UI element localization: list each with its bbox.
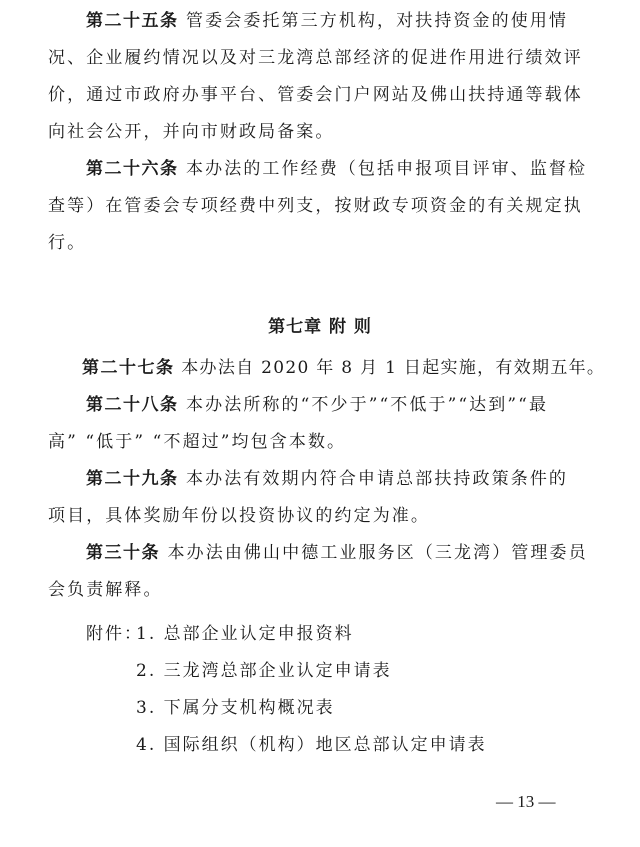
article-25-line-3: 价，通过市政府办事平台、管委会门户网站及佛山扶持通等载体 <box>48 84 583 106</box>
attachment-item-4: 4. 国际组织（机构）地区总部认定申请表 <box>136 734 487 756</box>
article-29-line-1: 第二十九条 本办法有效期内符合申请总部扶持政策条件的 <box>86 468 568 490</box>
article-26-line-1: 第二十六条 本办法的工作经费（包括申报项目评审、监督检 <box>86 158 587 180</box>
attachment-item-2: 2. 三龙湾总部企业认定申请表 <box>136 660 392 682</box>
article-29-text: 本办法有效期内符合申请总部扶持政策条件的 <box>186 469 568 489</box>
article-25-line-2: 况、企业履约情况以及对三龙湾总部经济的促进作用进行绩效评 <box>48 47 583 69</box>
article-28-title: 第二十八条 <box>86 395 179 415</box>
article-30-line-1: 第三十条 本办法由佛山中德工业服务区（三龙湾）管理委员 <box>86 542 588 564</box>
attachment-item-3: 3. 下属分支机构概况表 <box>136 697 335 719</box>
article-30-text: 本办法由佛山中德工业服务区（三龙湾）管理委员 <box>168 543 588 563</box>
page-number: — 13 — <box>496 791 556 813</box>
article-26-title: 第二十六条 <box>86 159 179 179</box>
article-25-line-1: 第二十五条 管委会委托第三方机构，对扶持资金的使用情 <box>86 10 568 32</box>
article-26-line-3: 行。 <box>48 232 86 254</box>
article-26-line-2: 查等）在管委会专项经费中列支，按财政专项资金的有关规定执 <box>48 195 583 217</box>
attachment-item-1: 1. 总部企业认定申报资料 <box>136 623 354 645</box>
article-25-text: 管委会委托第三方机构，对扶持资金的使用情 <box>186 11 568 31</box>
article-25-title: 第二十五条 <box>86 11 179 31</box>
article-28-line-1: 第二十八条 本办法所称的“不少于”“不低于”“达到”“最 <box>86 394 548 416</box>
chapter-heading: 第七章 附 则 <box>0 316 640 338</box>
article-26-text: 本办法的工作经费（包括申报项目评审、监督检 <box>186 159 587 179</box>
article-27-line-1: 第二十七条 本办法自 2020 年 8 月 1 日起实施，有效期五年。 <box>82 357 605 379</box>
article-30-line-2: 会负责解释。 <box>48 579 163 601</box>
article-30-title: 第三十条 <box>86 543 160 563</box>
article-28-text: 本办法所称的“不少于”“不低于”“达到”“最 <box>186 395 548 415</box>
article-29-title: 第二十九条 <box>86 469 179 489</box>
attachments-label: 附件： <box>86 623 143 645</box>
article-29-line-2: 项目，具体奖励年份以投资协议的约定为准。 <box>48 505 430 527</box>
article-27-title: 第二十七条 <box>82 358 175 378</box>
article-27-text: 本办法自 2020 年 8 月 1 日起实施，有效期五年。 <box>181 358 605 378</box>
article-25-line-4: 向社会公开，并向市财政局备案。 <box>48 121 335 143</box>
article-28-line-2: 高” “低于” “不超过”均包含本数。 <box>48 431 346 453</box>
